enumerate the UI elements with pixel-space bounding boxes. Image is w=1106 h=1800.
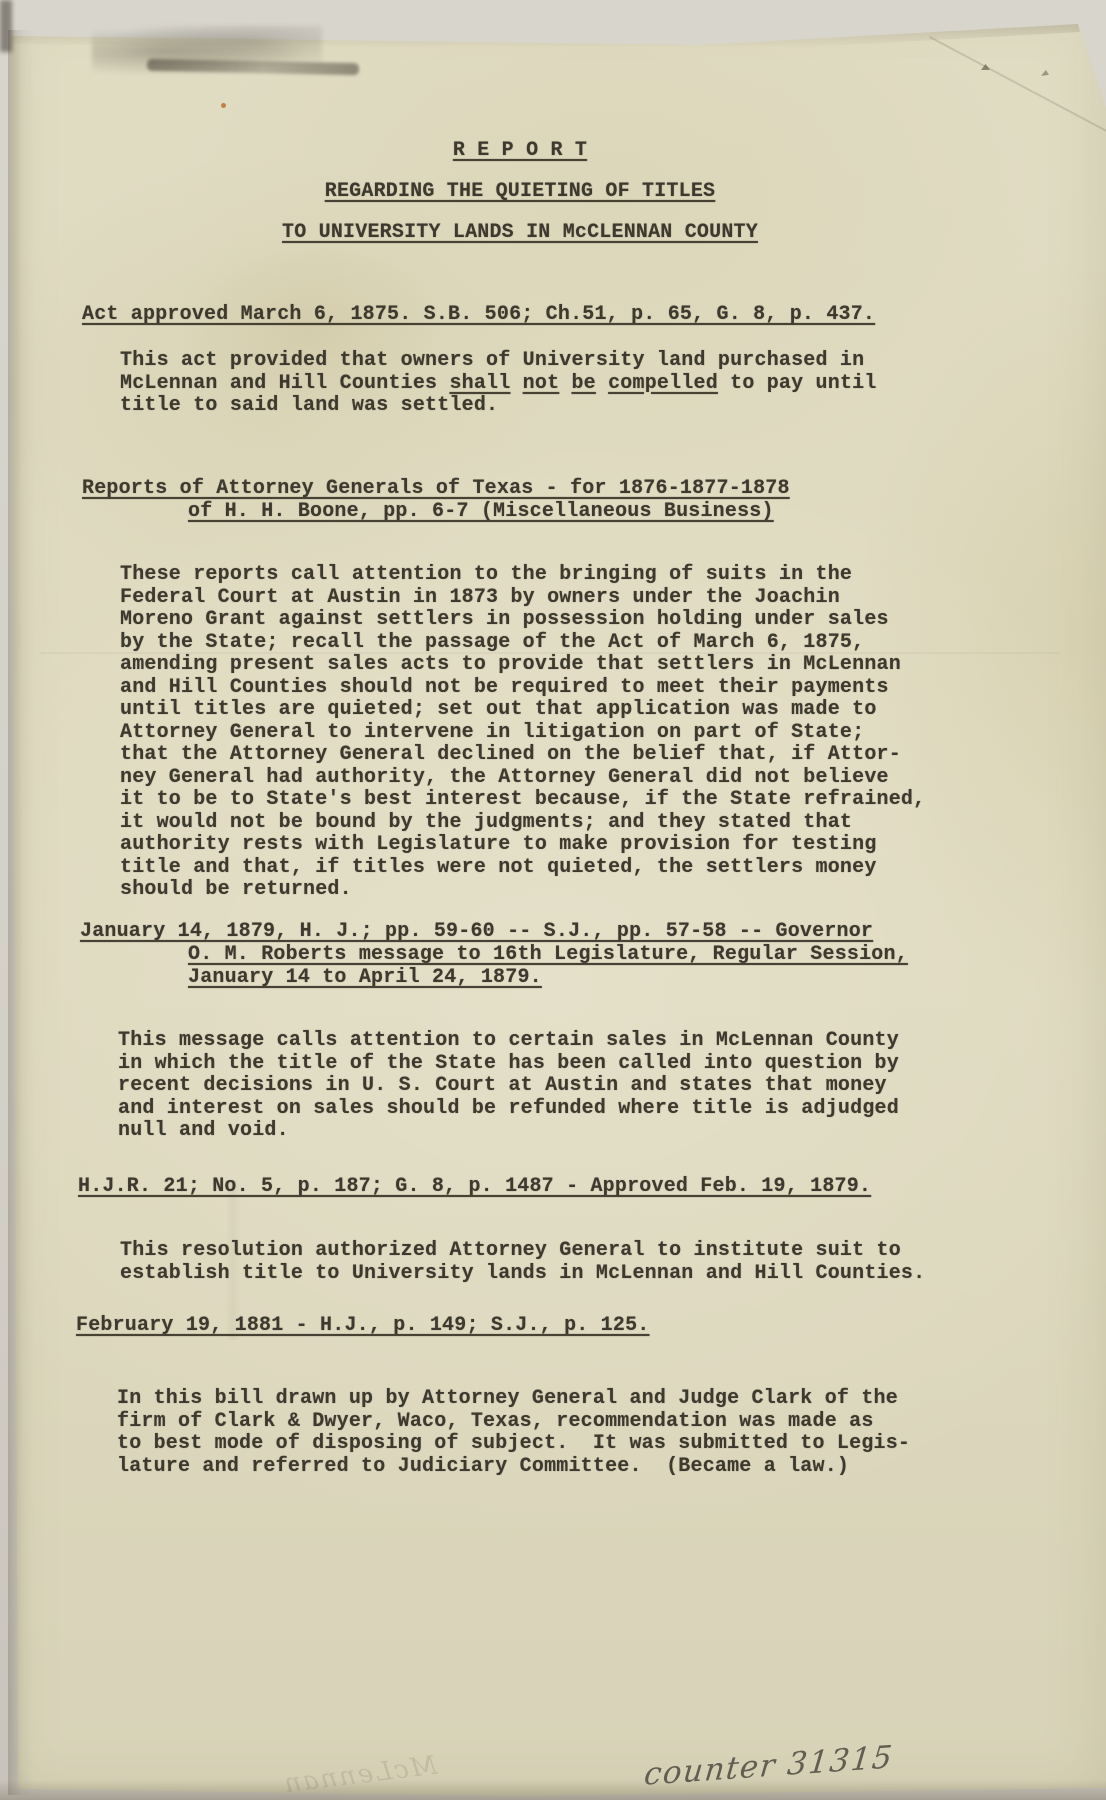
rust-speck bbox=[221, 103, 226, 108]
underlined-word: shall bbox=[449, 372, 510, 395]
section-heading-act-1875: Act approved March 6, 1875. S.B. 506; Ch… bbox=[82, 304, 875, 327]
report-title-line-1: R E P O R T bbox=[0, 140, 1040, 163]
scanned-document-page: R E P O R T REGARDING THE QUIETING OF TI… bbox=[0, 0, 1106, 1800]
section-heading-jan-1879-line-2: O. M. Roberts message to 16th Legislatur… bbox=[188, 944, 908, 967]
section-body-feb-1881: In this bill drawn up by Attorney Genera… bbox=[117, 1388, 910, 1478]
paper-bottom-edge-shadow bbox=[0, 1780, 1106, 1800]
report-title-line-2: REGARDING THE QUIETING OF TITLES bbox=[0, 181, 1040, 204]
paper-left-edge-shadow bbox=[8, 30, 34, 1795]
body-text bbox=[510, 372, 522, 395]
section-heading-jan-1879-line-3: January 14 to April 24, 1879. bbox=[188, 967, 542, 990]
section-heading-hjr-21: H.J.R. 21; No. 5, p. 187; G. 8, p. 1487 … bbox=[78, 1176, 871, 1199]
section-heading-ag-reports-line-2: of H. H. Boone, pp. 6-7 (Miscellaneous B… bbox=[188, 501, 774, 524]
section-body-ag-reports: These reports call attention to the brin… bbox=[120, 564, 925, 902]
underlined-word: be bbox=[571, 372, 595, 395]
underlined-word: not bbox=[523, 372, 560, 395]
report-title-line-3: TO UNIVERSITY LANDS IN McCLENNAN COUNTY bbox=[0, 222, 1040, 245]
body-text bbox=[559, 372, 571, 395]
body-text bbox=[596, 372, 608, 395]
underlined-word: compelled bbox=[608, 372, 718, 395]
section-body-governor-message: This message calls attention to certain … bbox=[118, 1030, 899, 1143]
section-heading-feb-1881: February 19, 1881 - H.J., p. 149; S.J., … bbox=[76, 1315, 650, 1338]
section-body-hjr-21: This resolution authorized Attorney Gene… bbox=[120, 1240, 925, 1285]
section-heading-jan-1879-line-1: January 14, 1879, H. J.; pp. 59-60 -- S.… bbox=[80, 921, 873, 944]
section-body-act-1875: This act provided that owners of Univers… bbox=[120, 350, 877, 418]
scan-corner-shadow bbox=[0, 0, 12, 52]
section-heading-ag-reports-line-1: Reports of Attorney Generals of Texas - … bbox=[82, 478, 790, 501]
